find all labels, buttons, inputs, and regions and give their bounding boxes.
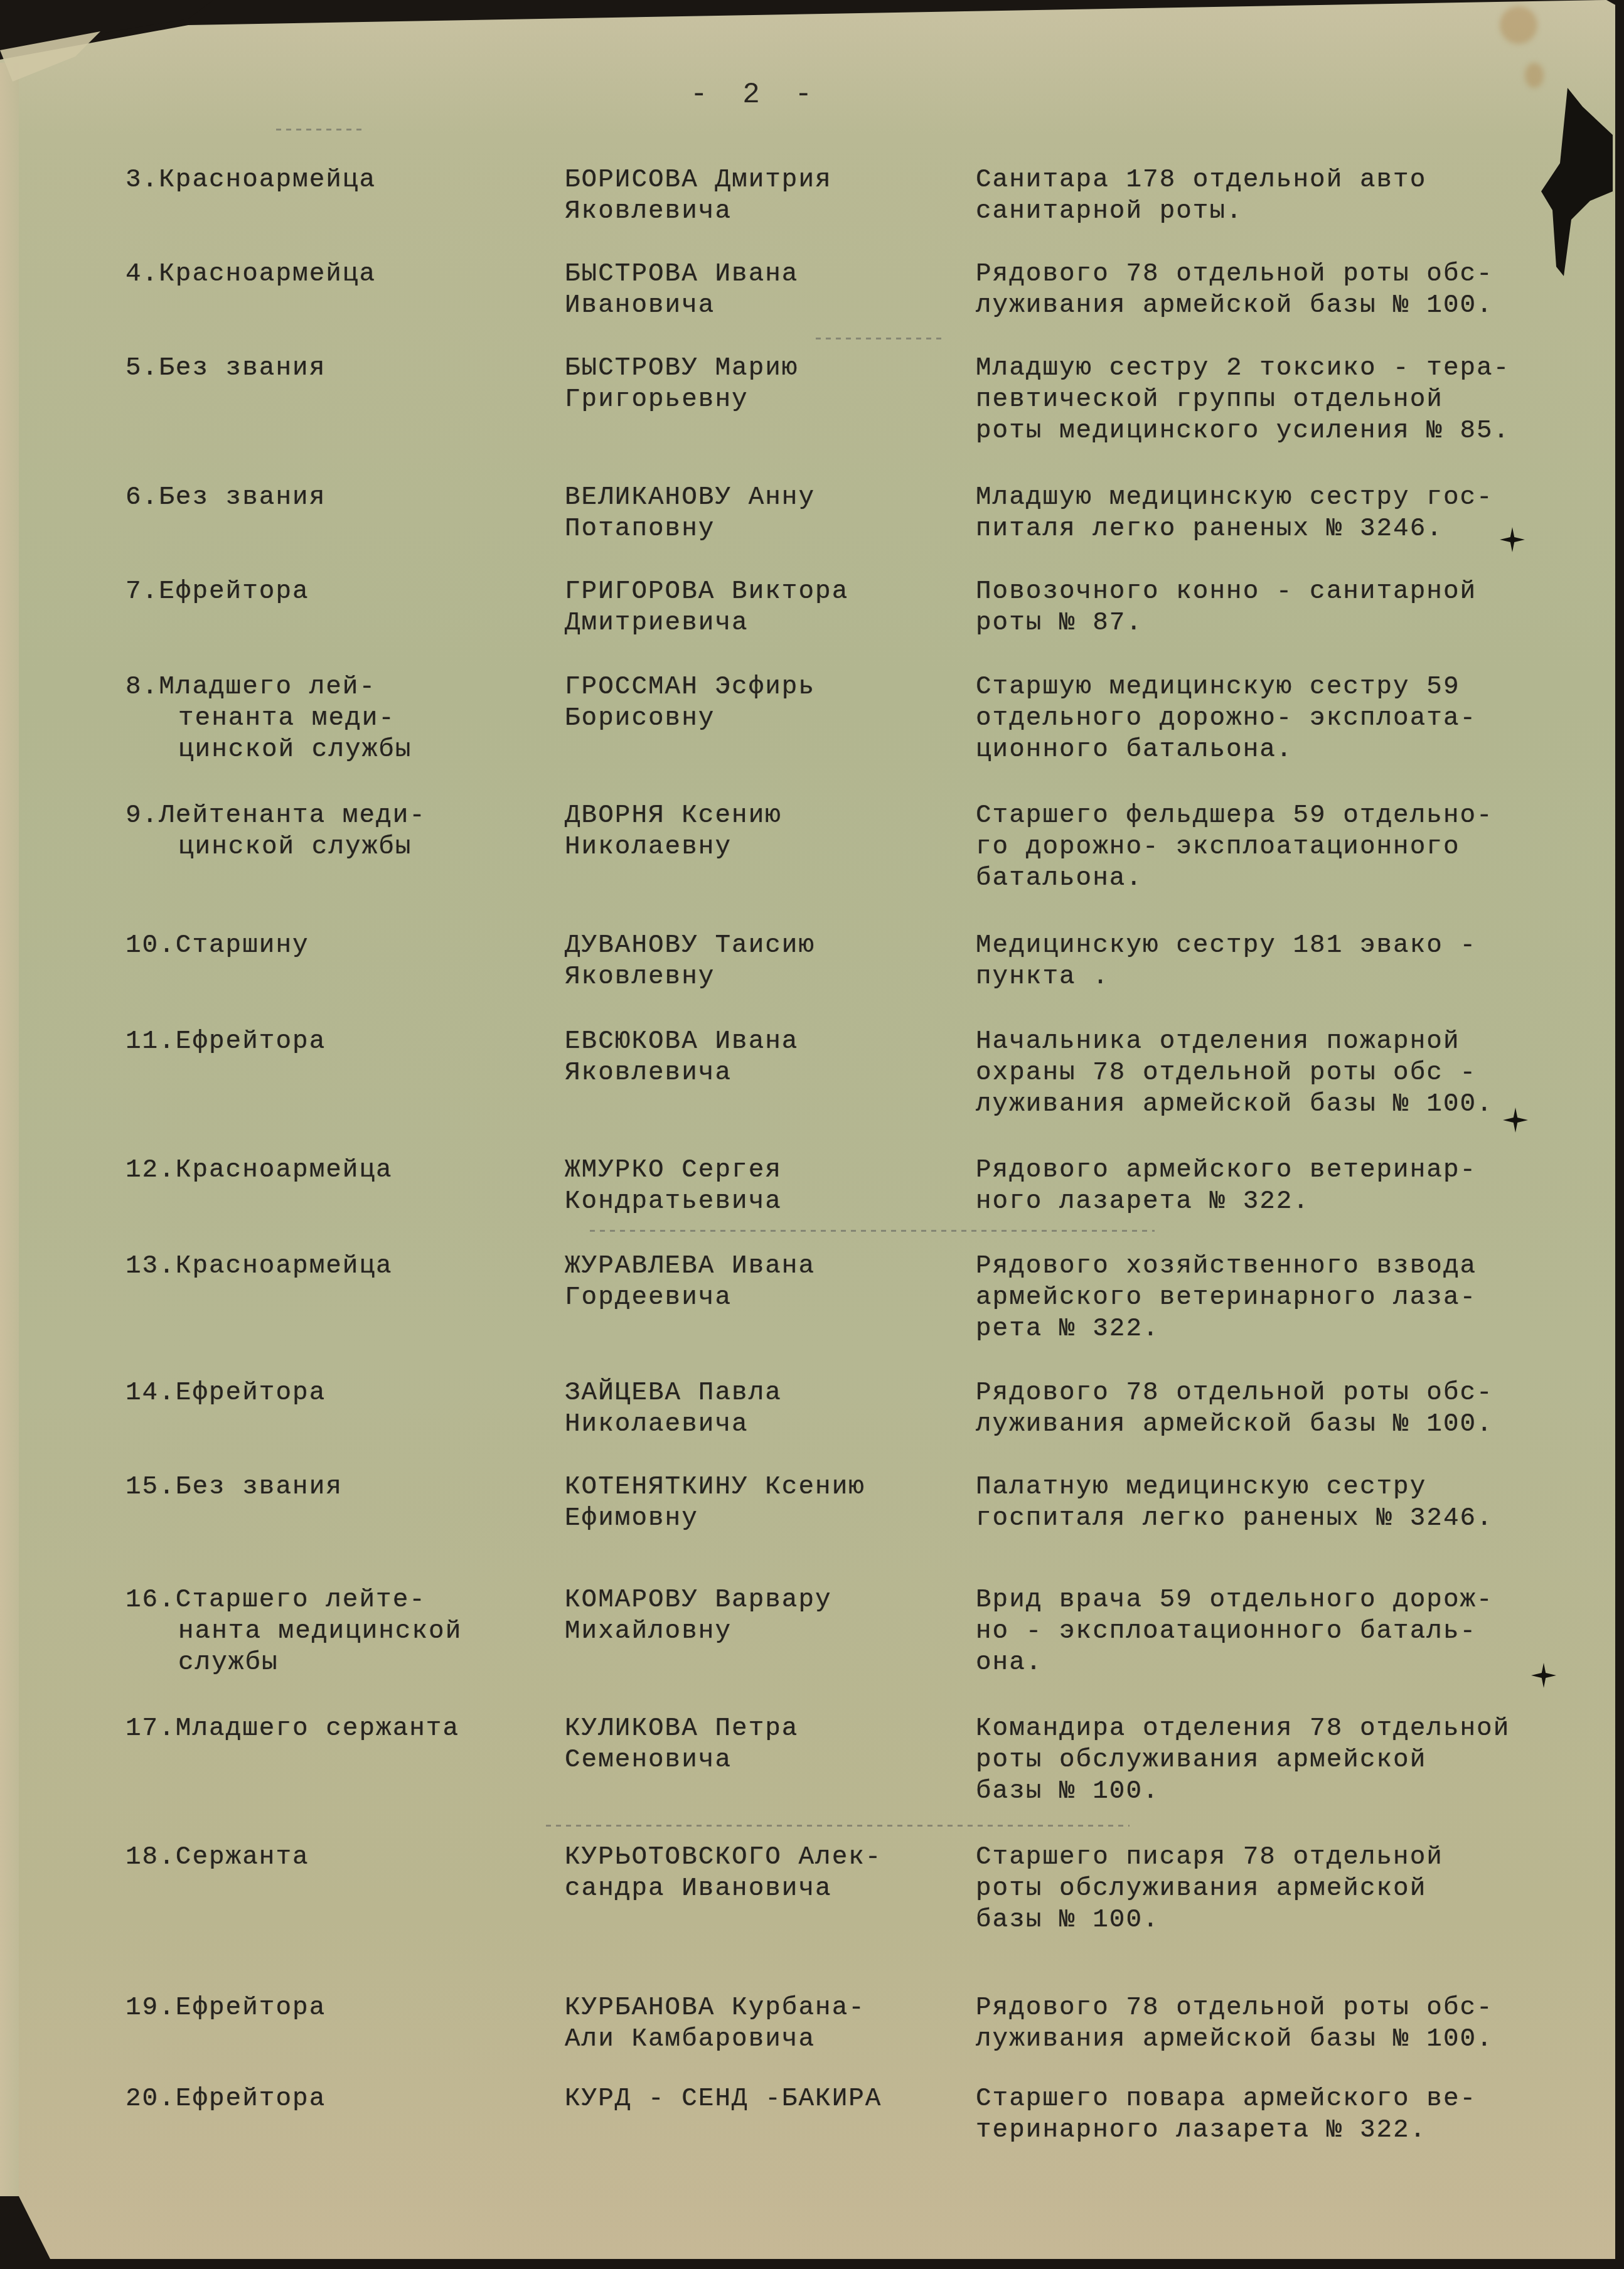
rank-line: тенанта меди- <box>126 703 527 734</box>
duty-line: но - эксплоатационного баталь- <box>976 1616 1597 1647</box>
duty-line: Повозочного конно - санитарной <box>976 576 1597 607</box>
rank-cell: 15.Без звания <box>126 1471 527 1503</box>
duty-line: Рядового 78 отдельной роты обс- <box>976 1992 1597 2024</box>
rank-cell: 16.Старшего лейте-нанта медицинскойслужб… <box>126 1584 527 1679</box>
duty-line: батальона. <box>976 863 1597 894</box>
stain <box>1525 63 1544 88</box>
page-left-edge <box>0 63 19 2196</box>
name-line: КУРД - СЕНД -БАКИРА <box>565 2083 954 2115</box>
page-number: - 2 - <box>690 78 821 111</box>
name-line: КОТЕНЯТКИНУ Ксению <box>565 1471 954 1503</box>
name-line: Ефимовну <box>565 1503 954 1534</box>
name-line: Дмитриевича <box>565 607 954 639</box>
name-line: Яковлевича <box>565 1057 954 1089</box>
name-cell: КУРБАНОВА Курбана-Али Камбаровича <box>565 1992 954 2055</box>
name-cell: ГРОССМАН ЭсфирьБорисовну <box>565 671 954 734</box>
duty-line: роты медицинского усиления № 85. <box>976 415 1597 447</box>
name-line: Григорьевну <box>565 384 954 415</box>
duty-line: госпиталя легко раненых № 3246. <box>976 1503 1597 1534</box>
rank-cell: 11.Ефрейтора <box>126 1026 527 1057</box>
duty-line: роты обслуживания армейской <box>976 1744 1597 1776</box>
duty-line: Санитара 178 отдельной авто <box>976 164 1597 196</box>
name-line: ДВОРНЯ Ксению <box>565 800 954 831</box>
name-cell: БОРИСОВА ДмитрияЯковлевича <box>565 164 954 227</box>
name-line: ДУВАНОВУ Таисию <box>565 930 954 961</box>
duty-cell: Старшую медицинскую сестру 59отдельного … <box>976 671 1597 766</box>
name-line: ЕВСЮКОВА Ивана <box>565 1026 954 1057</box>
name-cell: КУЛИКОВА ПетраСеменовича <box>565 1713 954 1776</box>
name-line: Михайловну <box>565 1616 954 1647</box>
name-cell: ГРИГОРОВА ВиктораДмитриевича <box>565 576 954 639</box>
duty-line: Палатную медицинскую сестру <box>976 1471 1597 1503</box>
name-cell: КУРЬОТОВСКОГО Алек-сандра Ивановича <box>565 1842 954 1904</box>
rank-cell: 7.Ефрейтора <box>126 576 527 607</box>
rank-line: 3.Красноармейца <box>126 164 527 196</box>
rank-line: 20.Ефрейтора <box>126 2083 527 2115</box>
name-line: Кондратьевича <box>565 1186 954 1217</box>
name-cell: ЕВСЮКОВА ИванаЯковлевича <box>565 1026 954 1089</box>
duty-line: базы № 100. <box>976 1776 1597 1807</box>
name-line: ЖМУРКО Сергея <box>565 1155 954 1186</box>
duty-line: луживания армейской базы № 100. <box>976 1089 1597 1120</box>
duty-cell: Санитара 178 отдельной автосанитарной ро… <box>976 164 1597 227</box>
duty-line: го дорожно- эксплоатационного <box>976 831 1597 863</box>
name-cell: КУРД - СЕНД -БАКИРА <box>565 2083 954 2115</box>
page-bottom-edge <box>0 2259 1624 2269</box>
rank-line: службы <box>126 1647 527 1679</box>
name-line: ЖУРАВЛЕВА Ивана <box>565 1251 954 1282</box>
name-line: Яковлевну <box>565 961 954 993</box>
rank-line: 5.Без звания <box>126 353 527 384</box>
duty-line: теринарного лазарета № 322. <box>976 2115 1597 2146</box>
duty-cell: Врид врача 59 отдельного дорож-но - эксп… <box>976 1584 1597 1679</box>
duty-line: луживания армейской базы № 100. <box>976 290 1597 321</box>
separator-dash <box>276 129 364 131</box>
rank-line: 19.Ефрейтора <box>126 1992 527 2024</box>
rank-line: 18.Сержанта <box>126 1842 527 1873</box>
duty-cell: Рядового 78 отдельной роты обс-луживания… <box>976 259 1597 321</box>
duty-line: Старшего писаря 78 отдельной <box>976 1842 1597 1873</box>
duty-cell: Командира отделения 78 отдельнойроты обс… <box>976 1713 1597 1807</box>
duty-line: базы № 100. <box>976 1904 1597 1936</box>
duty-line: певтической группы отдельной <box>976 384 1597 415</box>
rank-line: 15.Без звания <box>126 1471 527 1503</box>
name-cell: ВЕЛИКАНОВУ АннуПотаповну <box>565 482 954 545</box>
rank-line: цинской службы <box>126 831 527 863</box>
name-line: Борисовну <box>565 703 954 734</box>
rank-line: 8.Младшего лей- <box>126 671 527 703</box>
rank-line: 13.Красноармейца <box>126 1251 527 1282</box>
rank-cell: 6.Без звания <box>126 482 527 513</box>
rank-line: цинской службы <box>126 734 527 766</box>
duty-line: Старшего фельдшера 59 отдельно- <box>976 800 1597 831</box>
separator-dash <box>546 1825 1130 1827</box>
name-cell: ДУВАНОВУ ТаисиюЯковлевну <box>565 930 954 993</box>
rank-cell: 20.Ефрейтора <box>126 2083 527 2115</box>
duty-line: Медицинскую сестру 181 эвако - <box>976 930 1597 961</box>
rank-line: 4.Красноармейца <box>126 259 527 290</box>
duty-line: армейского ветеринарного лаза- <box>976 1282 1597 1313</box>
separator-dash <box>816 338 941 339</box>
duty-line: Младшую сестру 2 токсико - тера- <box>976 353 1597 384</box>
duty-cell: Медицинскую сестру 181 эвако -пункта . <box>976 930 1597 993</box>
duty-cell: Рядового 78 отдельной роты обс-луживания… <box>976 1377 1597 1440</box>
name-cell: КОМАРОВУ ВарваруМихайловну <box>565 1584 954 1647</box>
name-cell: БЫСТРОВУ МариюГригорьевну <box>565 353 954 415</box>
duty-line: Врид врача 59 отдельного дорож- <box>976 1584 1597 1616</box>
name-line: БЫСТРОВА Ивана <box>565 259 954 290</box>
name-line: ЗАЙЦЕВА Павла <box>565 1377 954 1409</box>
name-line: Яковлевича <box>565 196 954 227</box>
page-right-edge <box>1615 0 1624 2269</box>
rank-cell: 10.Старшину <box>126 930 527 961</box>
rank-line: 9.Лейтенанта меди- <box>126 800 527 831</box>
name-line: Али Камбаровича <box>565 2024 954 2055</box>
rank-line: 11.Ефрейтора <box>126 1026 527 1057</box>
rank-cell: 8.Младшего лей-тенанта меди-цинской служ… <box>126 671 527 766</box>
rank-cell: 5.Без звания <box>126 353 527 384</box>
duty-line: Рядового 78 отдельной роты обс- <box>976 1377 1597 1409</box>
name-cell: БЫСТРОВА ИванаИвановича <box>565 259 954 321</box>
duty-cell: Младшую сестру 2 токсико - тера-певтичес… <box>976 353 1597 447</box>
duty-line: луживания армейской базы № 100. <box>976 2024 1597 2055</box>
name-cell: ЗАЙЦЕВА ПавлаНиколаевича <box>565 1377 954 1440</box>
duty-cell: Старшего повара армейского ве-теринарног… <box>976 2083 1597 2146</box>
duty-cell: Повозочного конно - санитарнойроты № 87. <box>976 576 1597 639</box>
duty-cell: Старшего фельдшера 59 отдельно-го дорожн… <box>976 800 1597 894</box>
rank-cell: 9.Лейтенанта меди-цинской службы <box>126 800 527 863</box>
duty-cell: Старшего писаря 78 отдельнойроты обслужи… <box>976 1842 1597 1936</box>
name-line: Ивановича <box>565 290 954 321</box>
duty-line: Старшего повара армейского ве- <box>976 2083 1597 2115</box>
rank-line: 6.Без звания <box>126 482 527 513</box>
separator-dash <box>590 1230 1155 1232</box>
name-line: КУРЬОТОВСКОГО Алек- <box>565 1842 954 1873</box>
rank-cell: 12.Красноармейца <box>126 1155 527 1186</box>
rank-cell: 18.Сержанта <box>126 1842 527 1873</box>
duty-line: ного лазарета № 322. <box>976 1186 1597 1217</box>
name-cell: КОТЕНЯТКИНУ КсениюЕфимовну <box>565 1471 954 1534</box>
rank-cell: 19.Ефрейтора <box>126 1992 527 2024</box>
duty-cell: Палатную медицинскую сестругоспиталя лег… <box>976 1471 1597 1534</box>
rank-cell: 14.Ефрейтора <box>126 1377 527 1409</box>
name-line: ГРОССМАН Эсфирь <box>565 671 954 703</box>
duty-line: Начальника отделения пожарной <box>976 1026 1597 1057</box>
rank-cell: 3.Красноармейца <box>126 164 527 196</box>
rank-cell: 13.Красноармейца <box>126 1251 527 1282</box>
rank-line: 16.Старшего лейте- <box>126 1584 527 1616</box>
name-line: Семеновича <box>565 1744 954 1776</box>
duty-line: Командира отделения 78 отдельной <box>976 1713 1597 1744</box>
rank-line: 7.Ефрейтора <box>126 576 527 607</box>
name-line: сандра Ивановича <box>565 1873 954 1904</box>
duty-line: санитарной роты. <box>976 196 1597 227</box>
rank-line: 17.Младшего сержанта <box>126 1713 527 1744</box>
name-cell: ЖУРАВЛЕВА ИванаГордеевича <box>565 1251 954 1313</box>
name-line: ГРИГОРОВА Виктора <box>565 576 954 607</box>
rank-line: нанта медицинской <box>126 1616 527 1647</box>
name-cell: ДВОРНЯ КсениюНиколаевну <box>565 800 954 863</box>
rank-line: 14.Ефрейтора <box>126 1377 527 1409</box>
name-line: КОМАРОВУ Варвару <box>565 1584 954 1616</box>
name-line: КУРБАНОВА Курбана- <box>565 1992 954 2024</box>
duty-line: пункта . <box>976 961 1597 993</box>
duty-line: питаля легко раненых № 3246. <box>976 513 1597 545</box>
name-line: КУЛИКОВА Петра <box>565 1713 954 1744</box>
duty-cell: Рядового 78 отдельной роты обс-луживания… <box>976 1992 1597 2055</box>
duty-cell: Рядового хозяйственного взводаармейского… <box>976 1251 1597 1345</box>
name-line: Николаевича <box>565 1409 954 1440</box>
name-cell: ЖМУРКО СергеяКондратьевича <box>565 1155 954 1217</box>
duty-line: охраны 78 отдельной роты обс - <box>976 1057 1597 1089</box>
name-line: БОРИСОВА Дмитрия <box>565 164 954 196</box>
name-line: Гордеевича <box>565 1282 954 1313</box>
duty-line: ционного батальона. <box>976 734 1597 766</box>
rank-line: 12.Красноармейца <box>126 1155 527 1186</box>
stain <box>1500 6 1537 44</box>
name-line: ВЕЛИКАНОВУ Анну <box>565 482 954 513</box>
rank-line: 10.Старшину <box>126 930 527 961</box>
duty-cell: Младшую медицинскую сестру гос-питаля ле… <box>976 482 1597 545</box>
duty-line: роты № 87. <box>976 607 1597 639</box>
duty-line: луживания армейской базы № 100. <box>976 1409 1597 1440</box>
rank-cell: 4.Красноармейца <box>126 259 527 290</box>
name-line: Николаевну <box>565 831 954 863</box>
duty-line: она. <box>976 1647 1597 1679</box>
name-line: Потаповну <box>565 513 954 545</box>
duty-line: рета № 322. <box>976 1313 1597 1345</box>
duty-cell: Начальника отделения пожарнойохраны 78 о… <box>976 1026 1597 1120</box>
rank-cell: 17.Младшего сержанта <box>126 1713 527 1744</box>
duty-line: Рядового хозяйственного взвода <box>976 1251 1597 1282</box>
duty-line: Старшую медицинскую сестру 59 <box>976 671 1597 703</box>
duty-cell: Рядового армейского ветеринар-ного лазар… <box>976 1155 1597 1217</box>
name-line: БЫСТРОВУ Марию <box>565 353 954 384</box>
duty-line: Младшую медицинскую сестру гос- <box>976 482 1597 513</box>
duty-line: отдельного дорожно- эксплоата- <box>976 703 1597 734</box>
duty-line: Рядового 78 отдельной роты обс- <box>976 259 1597 290</box>
duty-line: Рядового армейского ветеринар- <box>976 1155 1597 1186</box>
duty-line: роты обслуживания армейской <box>976 1873 1597 1904</box>
